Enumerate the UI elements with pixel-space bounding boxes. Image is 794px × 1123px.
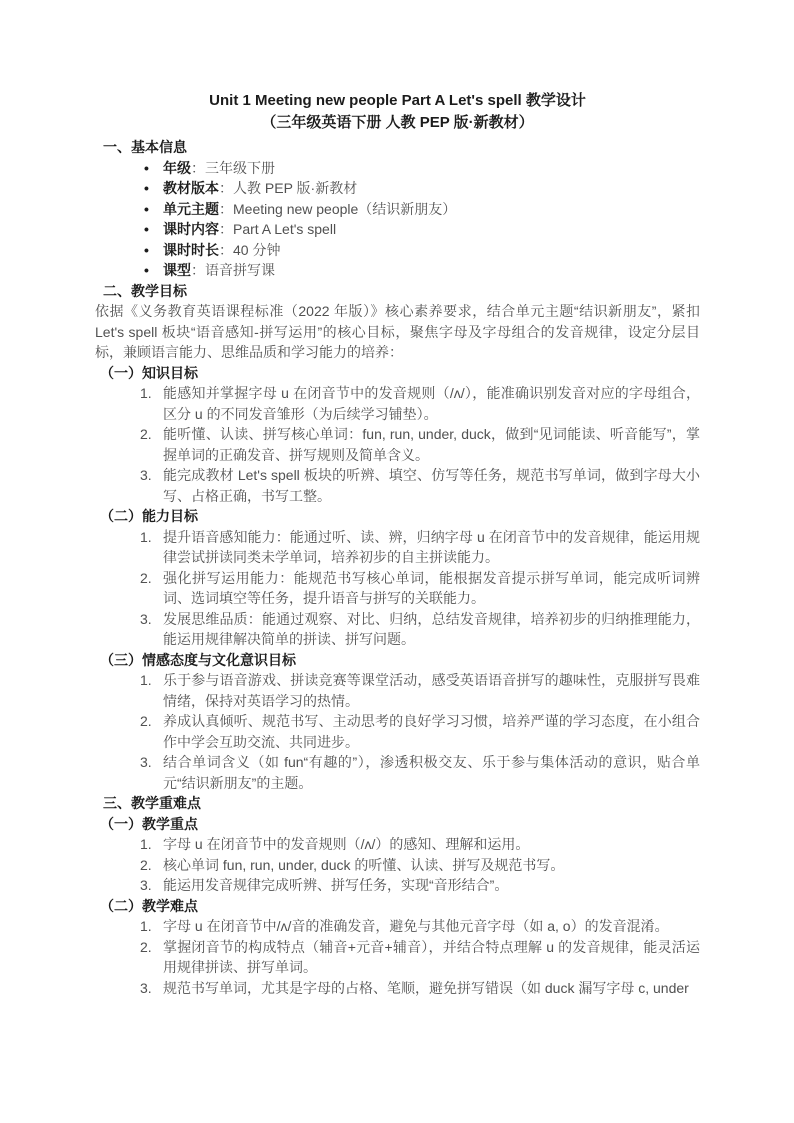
list-item: 提升语音感知能力：能通过听、读、辨，归纳字母 u 在闭音节中的发音规律，能运用规…	[140, 527, 700, 568]
doc-title: Unit 1 Meeting new people Part A Let's s…	[95, 90, 700, 112]
list-item-grade: 年级：三年级下册	[140, 158, 700, 179]
teaching-difficulty-list: 字母 u 在闭音节中/ʌ/音的准确发音，避免与其他元音字母（如 a, o）的发音…	[95, 916, 700, 998]
subheading-teaching-difficulty: （二）教学难点	[95, 896, 700, 917]
list-item: 发展思维品质：能通过观察、对比、归纳，总结发音规律，培养初步的归纳推理能力，能运…	[140, 609, 700, 650]
field-label: 课时时长	[163, 242, 219, 258]
doc-subtitle: （三年级英语下册 人教 PEP 版·新教材）	[95, 112, 700, 134]
list-item-textbook: 教材版本：人教 PEP 版·新教材	[140, 178, 700, 199]
subheading-ability-goals: （二）能力目标	[95, 506, 700, 527]
list-item: 强化拼写运用能力：能规范书写核心单词，能根据发音提示拼写单词，能完成听词辨词、选…	[140, 568, 700, 609]
list-item: 乐于参与语音游戏、拼读竞赛等课堂活动，感受英语语音拼写的趣味性，克服拼写畏难情绪…	[140, 670, 700, 711]
list-item-lesson-content: 课时内容：Part A Let's spell	[140, 219, 700, 240]
subheading-knowledge-goals: （一）知识目标	[95, 363, 700, 384]
list-item: 能感知并掌握字母 u 在闭音节中的发音规则（/ʌ/），能准确识别发音对应的字母组…	[140, 383, 700, 424]
basic-info-list: 年级：三年级下册 教材版本：人教 PEP 版·新教材 单元主题：Meeting …	[95, 158, 700, 281]
colon-separator: ：	[219, 221, 233, 237]
list-item-unit-theme: 单元主题：Meeting new people（结识新朋友）	[140, 199, 700, 220]
list-item: 字母 u 在闭音节中/ʌ/音的准确发音，避免与其他元音字母（如 a, o）的发音…	[140, 916, 700, 937]
list-item: 核心单词 fun, run, under, duck 的听懂、认读、拼写及规范书…	[140, 855, 700, 876]
field-label: 单元主题	[163, 201, 219, 217]
list-item: 能听懂、认读、拼写核心单词：fun, run, under, duck，做到“见…	[140, 424, 700, 465]
field-label: 课时内容	[163, 221, 219, 237]
field-value: 三年级下册	[205, 160, 275, 176]
knowledge-goals-list: 能感知并掌握字母 u 在闭音节中的发音规则（/ʌ/），能准确识别发音对应的字母组…	[95, 383, 700, 506]
colon-separator: ：	[219, 201, 233, 217]
list-item: 能运用发音规律完成听辨、拼写任务，实现“音形结合”。	[140, 875, 700, 896]
colon-separator: ：	[191, 262, 205, 278]
list-item-lesson-type: 课型：语音拼写课	[140, 260, 700, 281]
section-heading-key-points: 三、教学重难点	[95, 793, 700, 814]
field-value: Meeting new people（结识新朋友）	[233, 201, 456, 217]
field-label: 课型	[163, 262, 191, 278]
field-value: 40 分钟	[233, 242, 280, 258]
teaching-focus-list: 字母 u 在闭音节中的发音规则（/ʌ/）的感知、理解和运用。 核心单词 fun,…	[95, 834, 700, 896]
subheading-affective-goals: （三）情感态度与文化意识目标	[95, 650, 700, 671]
list-item: 养成认真倾听、规范书写、主动思考的良好学习习惯，培养严谨的学习态度，在小组合作中…	[140, 711, 700, 752]
list-item: 掌握闭音节的构成特点（辅音+元音+辅音），并结合特点理解 u 的发音规律，能灵活…	[140, 937, 700, 978]
ability-goals-list: 提升语音感知能力：能通过听、读、辨，归纳字母 u 在闭音节中的发音规律，能运用规…	[95, 527, 700, 650]
field-label: 年级	[163, 160, 191, 176]
section-heading-objectives: 二、教学目标	[95, 281, 700, 302]
list-item: 字母 u 在闭音节中的发音规则（/ʌ/）的感知、理解和运用。	[140, 834, 700, 855]
affective-goals-list: 乐于参与语音游戏、拼读竞赛等课堂活动，感受英语语音拼写的趣味性，克服拼写畏难情绪…	[95, 670, 700, 793]
list-item: 结合单词含义（如 fun“有趣的”），渗透积极交友、乐于参与集体活动的意识，贴合…	[140, 752, 700, 793]
section-heading-basic-info: 一、基本信息	[95, 137, 700, 158]
colon-separator: ：	[219, 180, 233, 196]
document-page: Unit 1 Meeting new people Part A Let's s…	[0, 0, 794, 1123]
field-label: 教材版本	[163, 180, 219, 196]
colon-separator: ：	[219, 242, 233, 258]
list-item-duration: 课时时长：40 分钟	[140, 240, 700, 261]
objectives-intro: 依据《义务教育英语课程标准（2022 年版）》核心素养要求，结合单元主题“结识新…	[95, 301, 700, 363]
subheading-teaching-focus: （一）教学重点	[95, 814, 700, 835]
field-value: Part A Let's spell	[233, 221, 336, 237]
list-item: 规范书写单词，尤其是字母的占格、笔顺，避免拼写错误（如 duck 漏写字母 c,…	[140, 978, 700, 999]
colon-separator: ：	[191, 160, 205, 176]
list-item: 能完成教材 Let's spell 板块的听辨、填空、仿写等任务，规范书写单词，…	[140, 465, 700, 506]
field-value: 人教 PEP 版·新教材	[233, 180, 357, 196]
field-value: 语音拼写课	[205, 262, 275, 278]
